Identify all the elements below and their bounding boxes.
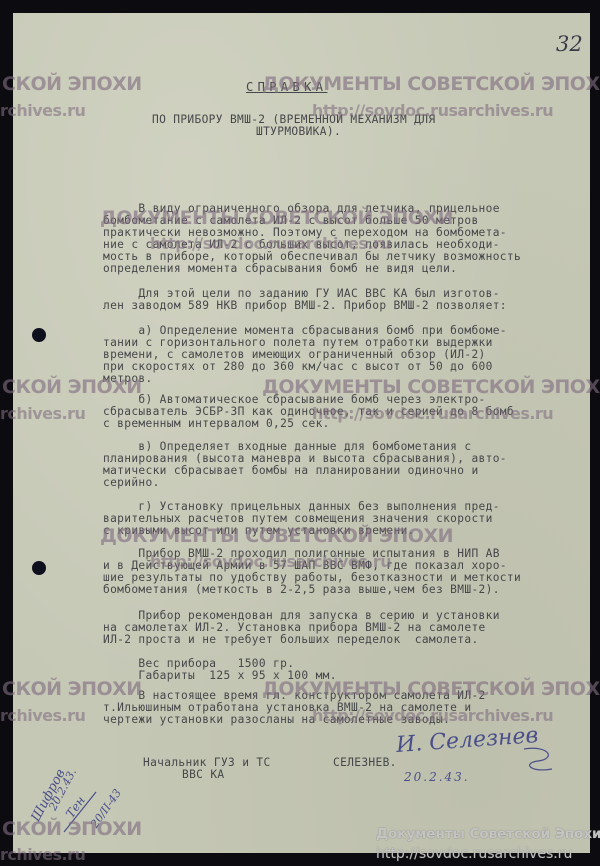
text-line: времени, с самолетов имеющих ограниченны… [103, 349, 486, 361]
watermark-url: rchives.ru [0, 404, 85, 423]
watermark-url: http://sovdoc.rusarchives.ru [312, 101, 553, 120]
signatory-position: Начальник ГУЗ и ТС [143, 757, 271, 769]
watermark-title: СКОЙ ЭПОХИ [2, 73, 142, 95]
text-line: матически сбрасывает бомбы на планирован… [103, 465, 479, 477]
text-line: а) Определение момента сбрасывания бомб … [103, 325, 507, 337]
text-line: лен заводом 589 НКВ прибор ВМШ-2. Прибор… [103, 300, 507, 312]
footer-watermark-title: Документы Советской Эпохи [376, 826, 600, 842]
punch-hole-top [32, 328, 46, 342]
watermark-title: СКОЙ ЭПОХИ [2, 376, 142, 398]
watermark-url: http://sovdoc.rusarchives.ru [312, 706, 553, 725]
text-line: Вес прибора 1500 гр. [103, 658, 294, 670]
text-line: серийно. [103, 477, 160, 489]
text-line: в) Определяет входные данные для бомбоме… [103, 441, 471, 453]
text-line: Прибор рекомендован для запуска в серию … [103, 610, 500, 622]
signature-flourish [520, 745, 560, 775]
footer-watermark-url: http://sovdoc.rusarchives.ru [376, 846, 572, 862]
watermark-url: rchives.ru [0, 845, 85, 864]
watermark-url: http://sovdoc.rusarchives.ru [150, 234, 391, 253]
watermark-title: ДОКУМЕНТЫ СОВЕТСКОЙ ЭПОХИ [100, 207, 453, 229]
watermark-url: http://sovdoc.rusarchives.ru [312, 404, 553, 423]
text-line: планирования (высота маневра и высота сб… [103, 453, 507, 465]
text-line: бомбометания (меткость в 2-2,5 раза выше… [103, 584, 500, 596]
signatory-position: ВВС КА [182, 769, 225, 781]
text-line: ИЛ-2 проста и не требует больших передел… [103, 634, 479, 646]
watermark-url: rchives.ru [0, 706, 85, 725]
watermark-title: ДОКУМЕНТЫ СОВЕТСКОЙ ЭПОХИ [262, 678, 600, 700]
text-line: на самолетах ИЛ-2. Установка прибора ВМШ… [103, 622, 486, 634]
text-line: определения момента сбрасывания бомб не … [103, 263, 457, 275]
watermark-title: ДОКУМЕНТЫ СОВЕТСКОЙ ЭПОХИ [262, 73, 600, 95]
punch-hole-bottom [32, 561, 46, 575]
text-line: г) Установку прицельных данных без выпол… [103, 501, 500, 513]
text-line: Для этой цели по заданию ГУ ИАС ВВС КА б… [103, 288, 500, 300]
watermark-url: http://sovdoc.rusarchives.ru [150, 552, 391, 571]
page-number: 32 [556, 32, 583, 56]
signatory-name: СЕЛЕЗНЕВ. [333, 757, 397, 769]
document-subtitle-line-2: ШТУРМОВИКА). [256, 126, 341, 138]
text-line: шие результаты по удобству работы, безот… [103, 572, 521, 584]
text-line: с временным интервалом 0,25 сек. [103, 418, 330, 430]
handwritten-date: 20.2.43. [404, 770, 470, 784]
watermark-title: ДОКУМЕНТЫ СОВЕТСКОЙ ЭПОХИ [262, 376, 600, 398]
watermark-title: ДОКУМЕНТЫ СОВЕТСКОЙ ЭПОХИ [100, 525, 453, 547]
watermark-url: rchives.ru [0, 101, 85, 120]
text-line: варительных расчетов путем совмещения зн… [103, 513, 493, 525]
watermark-title: СКОЙ ЭПОХИ [2, 678, 142, 700]
watermark-title: СКОЙ ЭПОХИ [2, 818, 142, 840]
text-line: тании с горизонтального полета путем отр… [103, 337, 493, 349]
text-line: при скоростях от 280 до 360 км/час с выс… [103, 361, 493, 373]
